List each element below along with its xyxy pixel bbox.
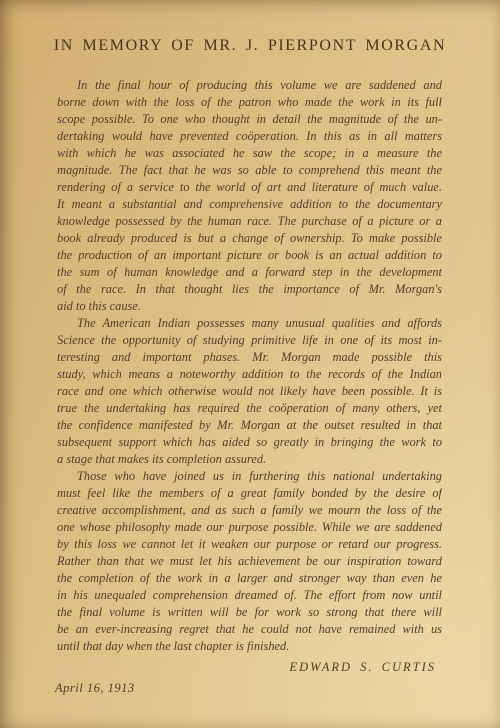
text-line: the production of an important picture o… [57,247,442,264]
text-line: the final volume is written will be for … [57,604,442,621]
text-line: It meant a substantial and comprehensive… [57,196,442,213]
text-line: of the race. In that thought lies the im… [57,281,442,298]
text-line: by this loss we cannot let it weaken our… [57,536,442,553]
text-line: one whose philosophy made our purpose po… [57,519,442,536]
text-line: dertaking would have prevented coöperati… [57,128,442,145]
paragraph: Those who have joined us in furthering t… [57,468,442,655]
text-line: book already produced is but a change of… [57,230,442,247]
text-line: magnitude. The fact that he was so able … [57,162,442,179]
text-line: with which he was associated he saw the … [57,145,442,162]
page-title: IN MEMORY OF MR. J. PIERPONT MORGAN [0,37,500,55]
paragraph: The American Indian possesses many unusu… [57,315,442,468]
text-line: In the final hour of producing this volu… [57,77,442,94]
text-line: subsequent support which has aided so gr… [57,434,442,451]
date: April 16, 1913 [55,681,135,696]
text-line: until that day when the last chapter is … [57,638,442,655]
text-line: the confidence manifested by Mr. Morgan … [57,417,442,434]
book-page: IN MEMORY OF MR. J. PIERPONT MORGAN In t… [0,0,500,728]
text-line: Science the opportunity of studying prim… [57,332,442,349]
text-line: true the undertaking has required the co… [57,400,442,417]
text-line: a stage that makes its completion assure… [57,451,442,468]
text-line: scope possible. To one who thought in de… [57,111,442,128]
signature: EDWARD S. CURTIS [290,660,437,675]
text-line: race and one which otherwise would not l… [57,383,442,400]
text-line: borne down with the loss of the patron w… [57,94,442,111]
text-line: must feel like the members of a great fa… [57,485,442,502]
text-line: Those who have joined us in furthering t… [57,468,442,485]
text-line: the sum of human knowledge and a forward… [57,264,442,281]
text-line: the completion of the work in a larger a… [57,570,442,587]
text-line: rendering of a service to the world of a… [57,179,442,196]
text-line: Rather than that we must let his achieve… [57,553,442,570]
text-line: knowledge possessed by the human race. T… [57,213,442,230]
text-line: in his unequaled comprehension dreamed o… [57,587,442,604]
text-line: creative accomplishment, and as such a f… [57,502,442,519]
paragraph: In the final hour of producing this volu… [57,77,442,315]
text-line: be an ever-increasing regret that he cou… [57,621,442,638]
text-line: aid to this cause. [57,298,442,315]
memorial-text: In the final hour of producing this volu… [57,77,442,655]
text-line: teresting and important phases. Mr. Morg… [57,349,442,366]
text-line: The American Indian possesses many unusu… [57,315,442,332]
text-line: study, which means a noteworthy addition… [57,366,442,383]
